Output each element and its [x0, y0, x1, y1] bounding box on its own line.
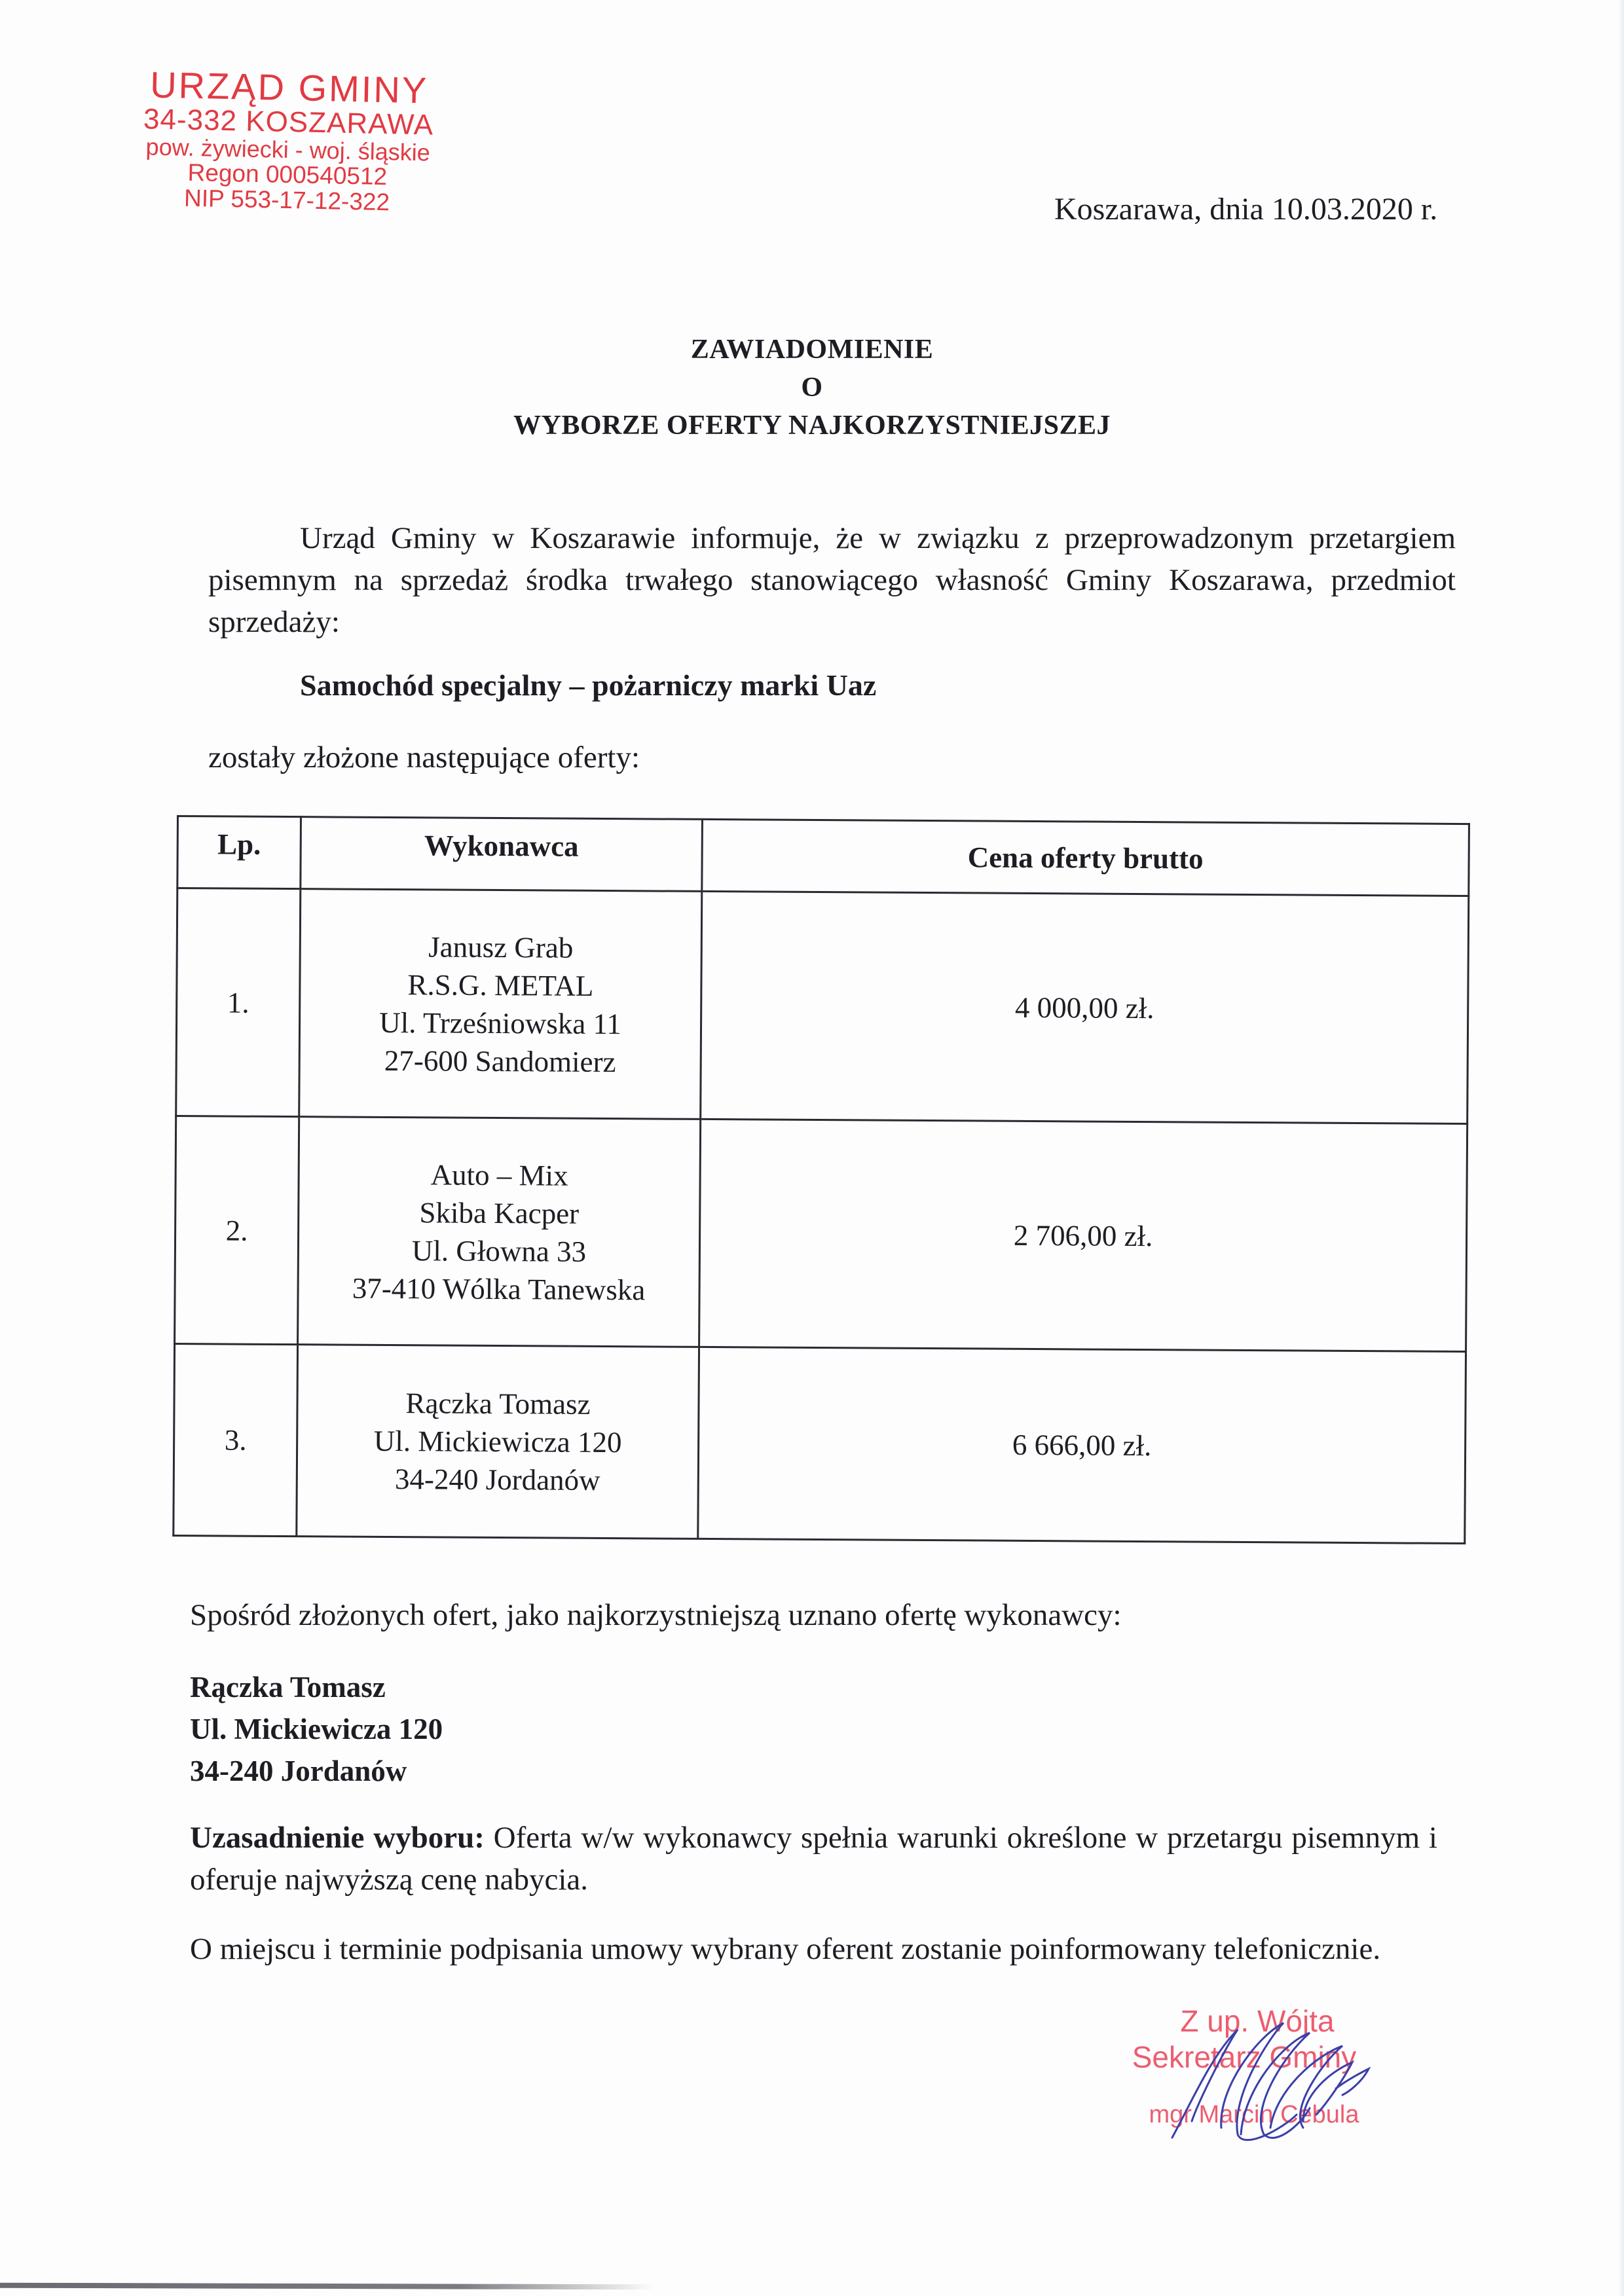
contractor-line: Rączka Tomasz: [298, 1383, 697, 1424]
offer-number: 2.: [175, 1116, 299, 1345]
offers-table: Lp. Wykonawca Cena oferty brutto 1. Janu…: [172, 815, 1470, 1544]
document-title-line2: O: [0, 372, 1624, 403]
intro-paragraph: Urząd Gminy w Koszarawie informuje, że w…: [208, 517, 1456, 643]
contractor-line: Ul. Trześniowska 11: [301, 1003, 700, 1044]
table-row: 1. Janusz Grab R.S.G. METAL Ul. Trześnio…: [176, 888, 1469, 1124]
justification-label: Uzasadnienie wyboru:: [190, 1821, 485, 1855]
column-header-lp: Lp.: [177, 816, 301, 889]
handwritten-signature-icon: [1153, 2010, 1388, 2147]
contractor-line: 34-240 Jordanów: [298, 1459, 697, 1500]
offer-price: 2 706,00 zł.: [699, 1119, 1467, 1351]
column-header-price: Cena oferty brutto: [702, 819, 1469, 896]
offer-number: 3.: [174, 1343, 298, 1536]
table-header-row: Lp. Wykonawca Cena oferty brutto: [177, 816, 1469, 896]
winner-street: Ul. Mickiewicza 120: [190, 1708, 443, 1750]
document-title-line1: ZAWIADOMIENIE: [0, 334, 1624, 365]
signing-info-paragraph: O miejscu i terminie podpisania umowy wy…: [190, 1928, 1437, 1970]
selection-justification: Uzasadnienie wyboru: Oferta w/w wykonawc…: [190, 1817, 1437, 1901]
contractor-line: 27-600 Sandomierz: [301, 1041, 700, 1082]
scan-right-edge: [1617, 0, 1624, 2296]
winner-lead-text: Spośród złożonych ofert, jako najkorzyst…: [190, 1597, 1122, 1633]
sale-subject: Samochód specjalny – pożarniczy marki Ua…: [300, 668, 876, 702]
contractor-line: Janusz Grab: [301, 927, 701, 968]
contractor-line: Skiba Kacper: [299, 1193, 699, 1233]
contractor-line: Auto – Mix: [299, 1155, 699, 1195]
scan-shadow-edge: [0, 2283, 655, 2290]
table-row: 3. Rączka Tomasz Ul. Mickiewicza 120 34-…: [174, 1343, 1466, 1543]
winner-block: Rączka Tomasz Ul. Mickiewicza 120 34-240…: [190, 1666, 443, 1792]
offer-price: 4 000,00 zł.: [701, 891, 1469, 1123]
offer-number: 1.: [176, 888, 301, 1117]
winner-city: 34-240 Jordanów: [190, 1750, 443, 1792]
offer-contractor: Rączka Tomasz Ul. Mickiewicza 120 34-240…: [297, 1345, 699, 1539]
contractor-line: Ul. Głowna 33: [299, 1231, 699, 1271]
winner-name: Rączka Tomasz: [190, 1666, 443, 1708]
document-date: Koszarawa, dnia 10.03.2020 r.: [1054, 191, 1437, 227]
offer-contractor: Auto – Mix Skiba Kacper Ul. Głowna 33 37…: [298, 1117, 701, 1347]
contractor-line: R.S.G. METAL: [301, 965, 700, 1006]
document-title-line3: WYBORZE OFERTY NAJKORZYSTNIEJSZEJ: [0, 410, 1624, 441]
table-row: 2. Auto – Mix Skiba Kacper Ul. Głowna 33…: [175, 1116, 1467, 1352]
offer-price: 6 666,00 zł.: [698, 1347, 1466, 1543]
intro-text: Urząd Gminy w Koszarawie informuje, że w…: [208, 521, 1456, 639]
offer-contractor: Janusz Grab R.S.G. METAL Ul. Trześniowsk…: [299, 889, 702, 1120]
column-header-contractor: Wykonawca: [301, 817, 703, 892]
office-stamp: URZĄD GMINY 34-332 KOSZARAWA pow. żywiec…: [130, 65, 447, 216]
contractor-line: 37-410 Wólka Tanewska: [299, 1269, 698, 1309]
offers-lead-text: zostały złożone następujące oferty:: [208, 740, 640, 775]
contractor-line: Ul. Mickiewicza 120: [298, 1421, 697, 1462]
